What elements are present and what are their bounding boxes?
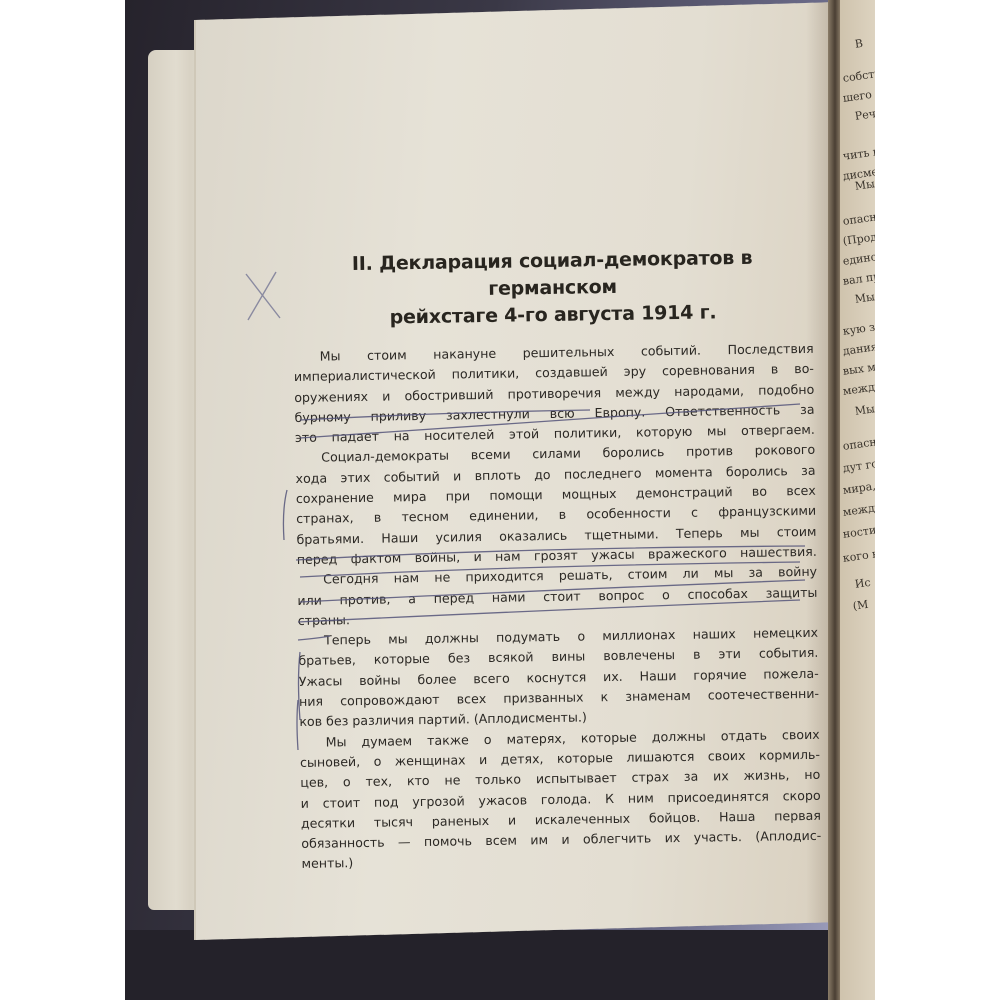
right-page-text: между на <box>842 377 875 398</box>
right-page-text: опасности <box>842 207 875 228</box>
paragraph: Теперь мы должны подумать о миллионах на… <box>298 623 820 733</box>
right-page-text: чить культу <box>842 140 875 162</box>
dark-bottom-edge <box>125 930 875 1000</box>
right-page-text: мира, н <box>842 478 875 497</box>
right-page-text: Мы <box>854 402 875 418</box>
paragraph: Социал-демократы всеми силами боролись п… <box>295 440 817 570</box>
right-page-text: между <box>842 501 875 519</box>
right-page-text: кую зав <box>842 319 875 338</box>
right-page-text: опасност <box>842 433 875 453</box>
paragraph: Сегодня нам не приходится решать, стоим … <box>297 562 818 631</box>
right-page-text: шего стани <box>842 83 875 105</box>
right-page-text: кого на <box>842 546 875 565</box>
document-body: II. Декларация социал-демократов в герма… <box>292 244 822 875</box>
paragraph: Мы стоим накануне решительных событий. П… <box>293 339 815 449</box>
title-line: II. Декларация социал-демократов в герма… <box>292 244 813 306</box>
right-page-text: ности, <box>842 523 875 541</box>
right-page-text: Мы, <box>854 290 875 306</box>
right-page-fragment: В собственного шего стани Речь чить куль… <box>840 0 875 1000</box>
right-page-text: единодушн <box>842 246 875 268</box>
right-page-text: дут гото <box>842 455 875 475</box>
right-page-text: вых милл <box>842 357 875 377</box>
right-page-text: Ис <box>854 576 871 591</box>
right-page-text: В <box>854 37 864 51</box>
right-page-text: Речь <box>854 106 875 123</box>
right-page-text: (М <box>852 598 869 613</box>
section-title: II. Декларация социал-демократов в герма… <box>292 244 813 333</box>
pencil-x-mark-icon <box>240 268 286 324</box>
right-page-text: дания, пр <box>842 337 875 358</box>
paragraph: Мы думаем также о матерях, которые должн… <box>300 724 822 874</box>
book-photo: В собственного шего стани Речь чить куль… <box>0 0 1000 1000</box>
right-page-text: собственного <box>842 61 875 85</box>
right-page-text: вал право <box>842 267 875 288</box>
right-page-text: (Продолжи <box>842 226 875 248</box>
